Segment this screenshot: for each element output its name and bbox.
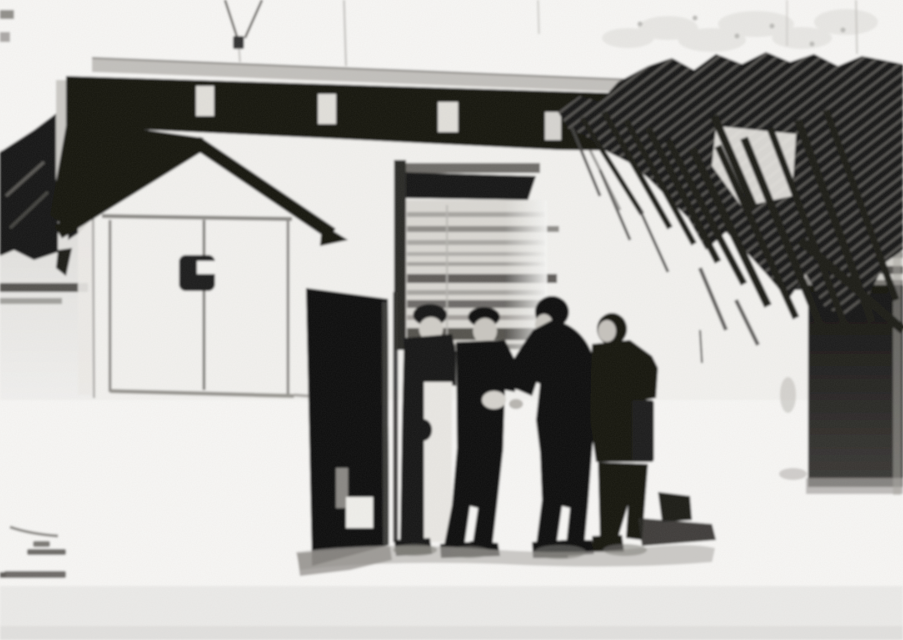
film-grain-overlay bbox=[0, 0, 903, 640]
photo-canvas: Black-and-white photograph of four men i… bbox=[0, 0, 903, 640]
photograph: Black-and-white photograph of four men i… bbox=[0, 0, 903, 640]
